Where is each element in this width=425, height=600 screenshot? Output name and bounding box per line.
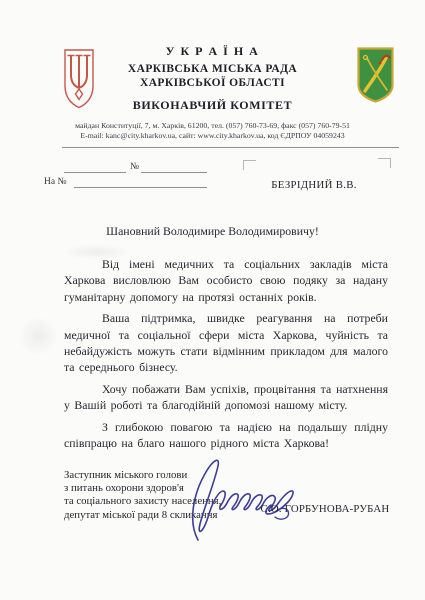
salutation: Шановний Володимире Володимировичу! (0, 224, 425, 239)
recipient-zone-corner-right (378, 158, 391, 168)
header-divider (62, 147, 399, 148)
paragraph-2: Ваша підтримка, швидке реагування на пот… (64, 310, 388, 376)
address-line2: E-mail: kanc@city.kharkov.ua, сайт: www.… (0, 131, 425, 140)
recipient-zone-corner-left (243, 160, 256, 170)
on-number-label: На № (44, 177, 67, 187)
number-blank-line (141, 161, 207, 173)
number-label: № (130, 162, 139, 172)
country-title: У К Р А Ї Н А (0, 44, 425, 59)
letter-page: У К Р А Ї Н А ХАРКІВСЬКА МІСЬКА РАДА ХАР… (0, 0, 425, 600)
address-line1: майдан Конституції, 7, м. Харків, 61200,… (0, 121, 425, 130)
scan-smudge (62, 244, 132, 260)
paragraph-1: Від імені медичних та соціальних закладі… (64, 256, 388, 305)
organization-name-line1: ХАРКІВСЬКА МІСЬКА РАДА (0, 63, 425, 75)
handwritten-signature (176, 448, 298, 543)
committee-title: ВИКОНАВЧИЙ КОМІТЕТ (0, 98, 425, 113)
organization-name-line2: ХАРКІВСЬКОЇ ОБЛАСТІ (0, 77, 425, 89)
letter-body: Від імені медичних та соціальних закладі… (64, 256, 388, 456)
date-blank-line (64, 161, 126, 173)
paragraph-3: Хочу побажати Вам успіхів, процвітання т… (64, 381, 388, 414)
scan-smudge (18, 316, 58, 356)
on-number-blank-line (74, 176, 207, 188)
paragraph-4: З глибокою повагою та надією на подальшу… (64, 419, 388, 452)
recipient-name: БЕЗРІДНИЙ В.В. (244, 179, 384, 191)
signer-name: С.О. ГОРБУНОВА-РУБАН (250, 503, 400, 515)
